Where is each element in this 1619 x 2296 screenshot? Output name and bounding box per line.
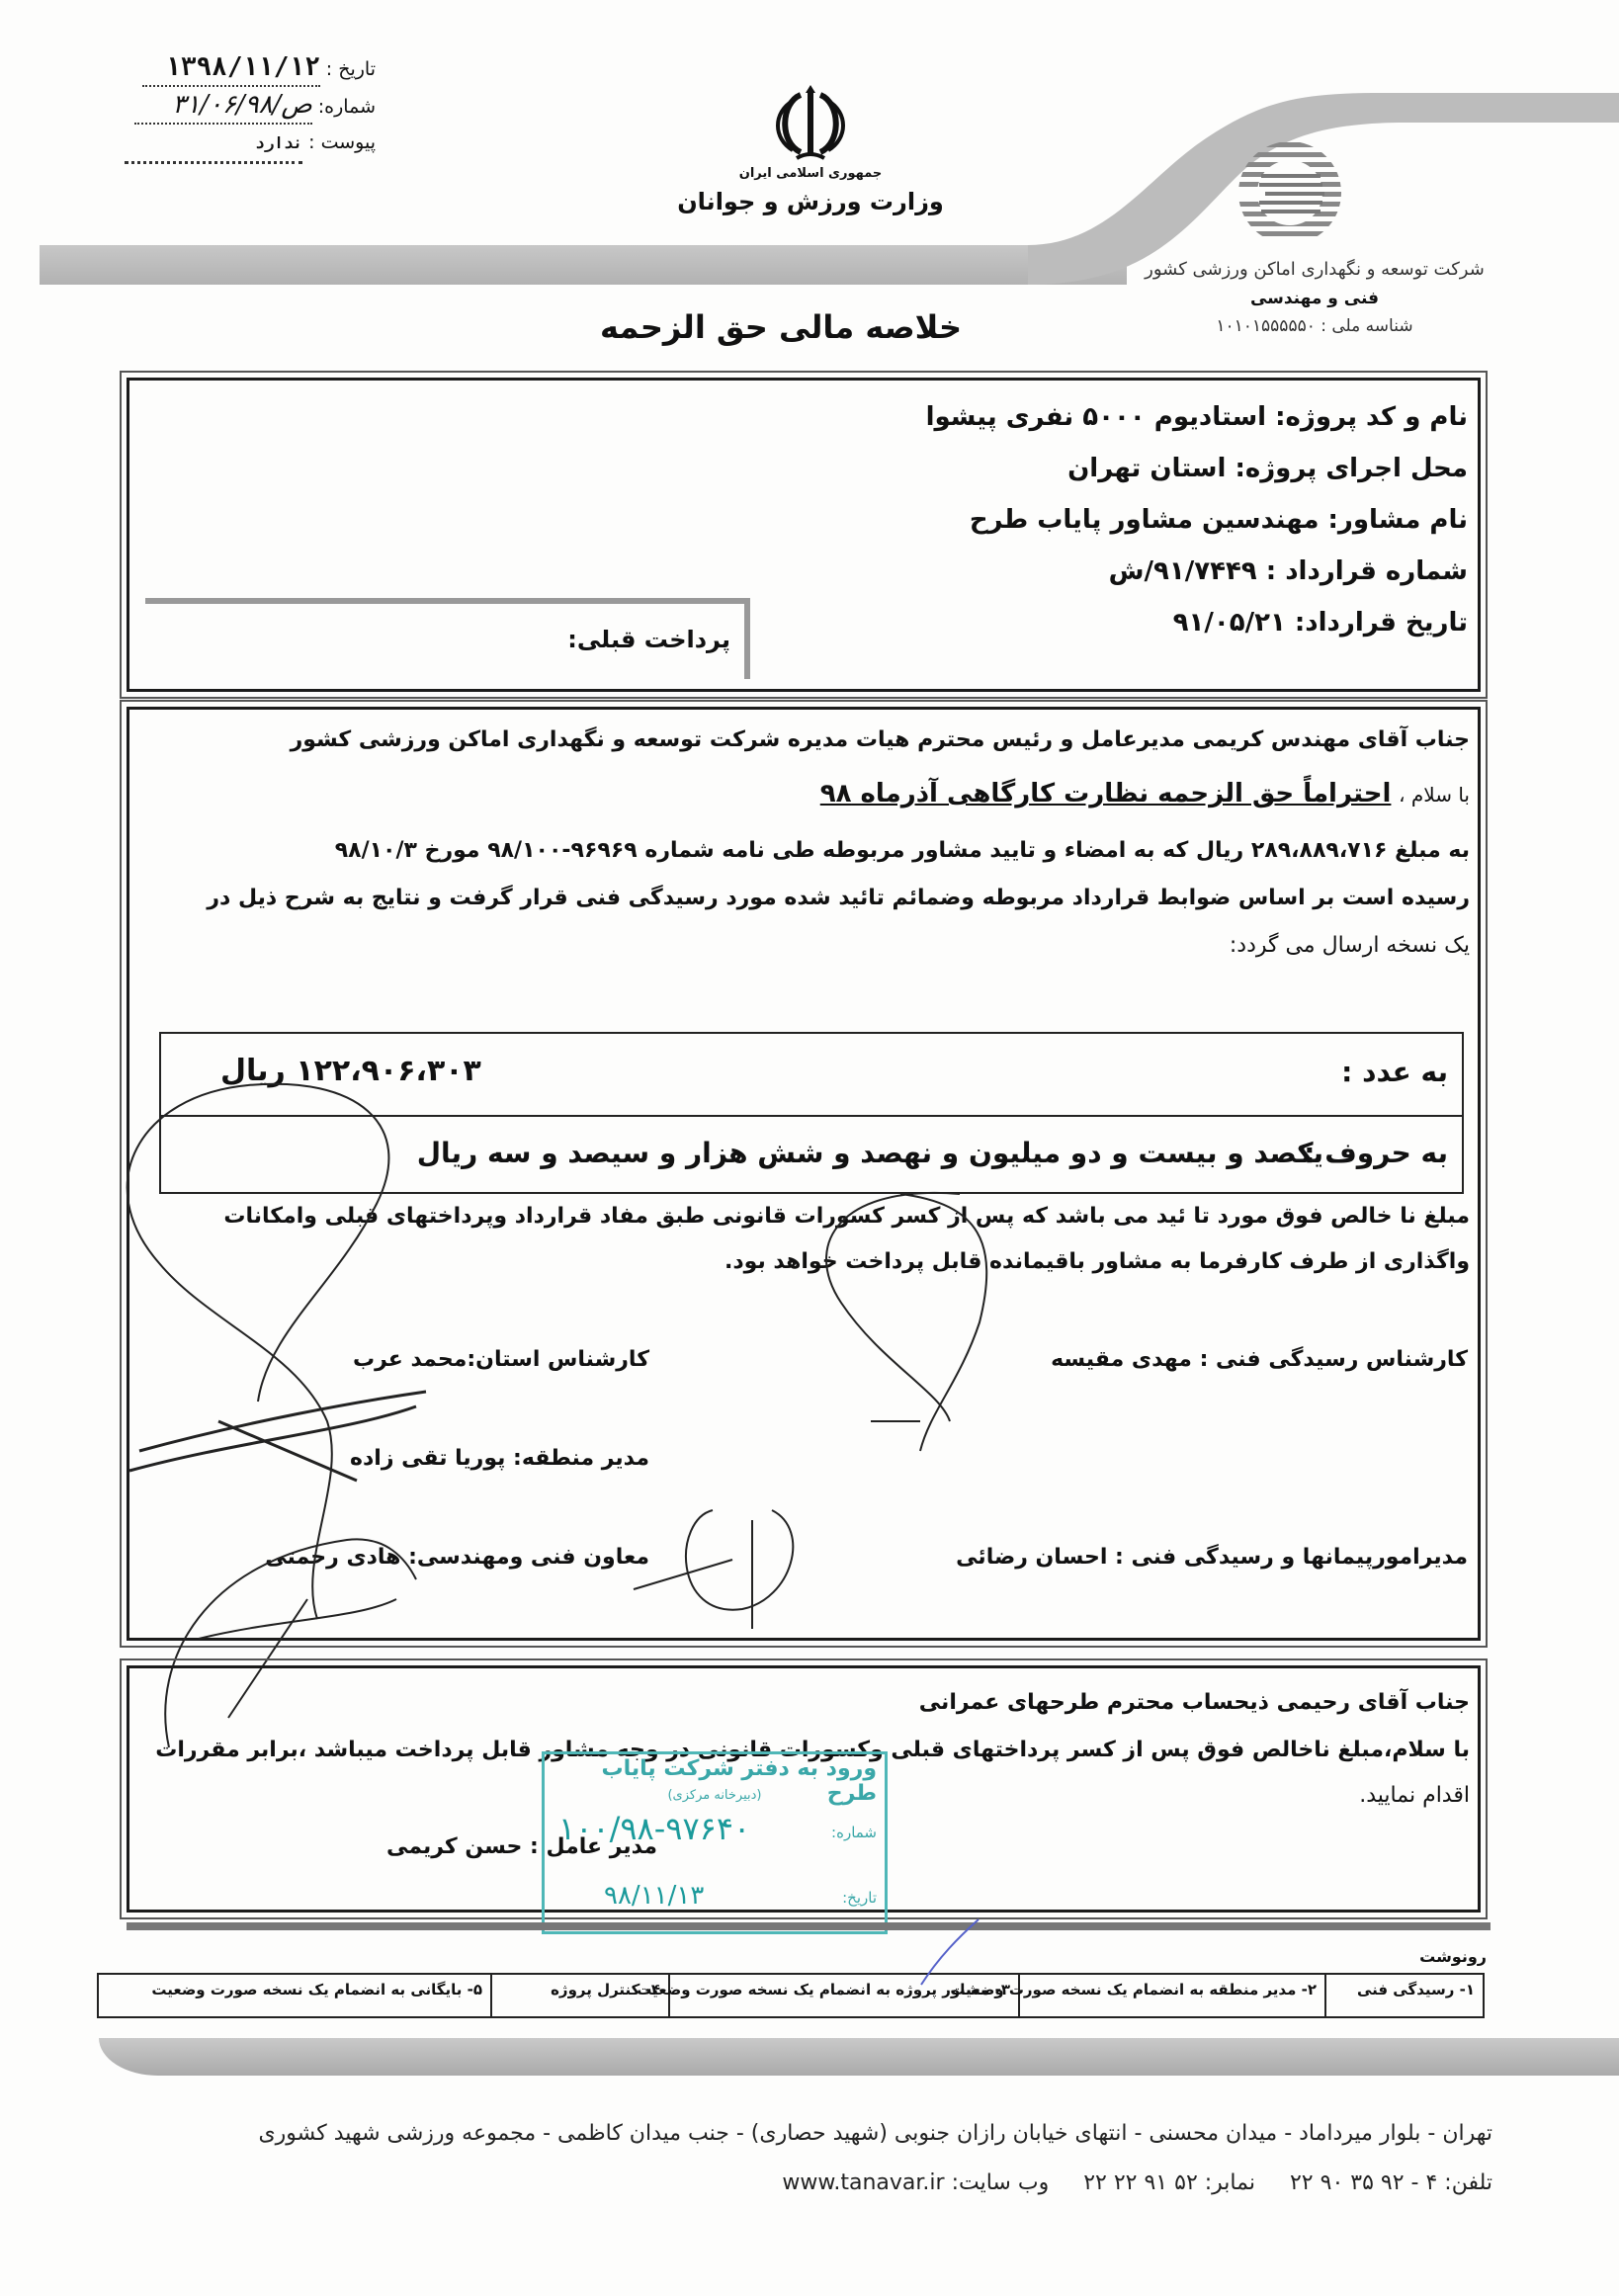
referral-body-line-2: اقدام نمایید. [1359,1783,1470,1808]
signature-contracts-manager: مدیرامورپیمانها و رسیدگی فنی : احسان رضا… [956,1545,1468,1570]
national-id: شناسه ملی : ۱۰۱۰۱۵۵۵۵۵۰ [1117,316,1512,336]
referral-addressee: جناب آقای رحیمی ذیحساب محترم طرحهای عمرا… [919,1690,1470,1715]
project-info-box: نام و کد پروژه: استادیوم ۵۰۰۰ نفری پیشوا… [127,378,1481,692]
section-divider [127,1922,1491,1930]
number-value: ۳۱/۰۶/۹۸/ص [134,87,312,125]
attachment-label: پیوست : [308,125,376,160]
cc-item: ۲- مدیر منطقه به انضمام یک نسخه صورت وضع… [1018,1975,1324,2016]
cc-label: رونوشت [1419,1947,1487,1966]
letter-body-line-3: یک نسخه ارسال می گردد: [1230,933,1470,958]
note-line-2: واگذاری از طرف کارفرما به مشاور باقیماند… [724,1249,1470,1274]
date-label: تاریخ : [326,51,376,87]
ministry-name: وزارت ورزش و جوانان [672,188,949,215]
stamp-number-label: شماره: [831,1824,877,1841]
footer-website[interactable]: وب سایت: www.tanavar.ir [782,2170,1049,2195]
pen-mark [909,1917,988,1987]
stamp-number-value: ۱۰۰/۹۸-۹۷۶۴۰ [558,1810,750,1847]
letter-subject: احتراماً حق الزحمه نظارت کارگاهی آذرماه … [820,779,1392,808]
amount-words-box: به حروف : یکصد و بیست و دو میلیون و نهصد… [159,1115,1464,1194]
signature-regional-manager: مدیر منطقه: پوریا تقی زاده [350,1446,649,1471]
handwritten-signature-3 [614,1500,871,1639]
footer-address: تهران - بلوار میرداماد - میدان محسنی - ا… [188,2121,1492,2146]
project-name: نام و کد پروژه: استادیوم ۵۰۰۰ نفری پیشوا [926,402,1468,432]
number-label: شماره: [318,89,376,125]
iran-emblem-icon [771,81,850,170]
consultant-name: نام مشاور: مهندسین مشاور پایاب طرح [970,505,1468,535]
signature-deputy-technical: معاون فنی ومهندسی: هادی رحمتی [265,1545,649,1570]
contract-date: تاریخ قرارداد: ۹۱/۰۵/۲۱ [1173,608,1468,638]
letter-subject-line: با سلام ، احتراماً حق الزحمه نظارت کارگا… [820,779,1470,808]
date-value: ۱۳۹۸/۱۱/۱۲ [142,49,320,87]
letter-body-line-1: به مبلغ ۲۸۹،۸۸۹،۷۱۶ ریال که به امضاء و ت… [335,838,1470,863]
stamp-date-label: تاریخ: [842,1889,877,1907]
ministry-subtitle: جمهوری اسلامی ایران [692,166,929,181]
attachment-value: ندارد [125,126,302,164]
previous-payment-label: پرداخت قبلی: [567,626,730,653]
letter-addressee: جناب آقای مهندس کریمی مدیرعامل و رئیس مح… [291,727,1470,752]
previous-payment-box: پرداخت قبلی: [145,598,750,679]
attachment-row: پیوست : ندارد [59,125,376,164]
cc-item: ۴- کنترل پروژه [490,1975,668,2016]
signature-technical-reviewer: کارشناس رسیدگی فنی : مهدی مقیسه [1051,1347,1468,1372]
company-name: شرکت توسعه و نگهداری اماکن ورزشی کشور [1117,259,1512,280]
project-location: محل اجرای پروژه: استان تهران [1067,454,1468,483]
cc-table: ۱- رسیدگی فنی ۲- مدیر منطقه به انضمام یک… [97,1973,1485,2018]
amount-words-label: به حروف : [1304,1137,1448,1169]
document-title: خلاصه مالی حق الزحمه [554,308,1008,346]
footer-contact: تلفن: ۴ - ۹۲ ۳۵ ۹۰ ۲۲ نمابر: ۵۲ ۹۱ ۲۲ ۲۲… [188,2170,1492,2195]
cc-item: ۵- بایگانی به انضمام یک نسخه صورت وضعیت [99,1975,490,2016]
cc-item: ۱- رسیدگی فنی [1324,1975,1483,2016]
number-row: شماره: ۳۱/۰۶/۹۸/ص [59,87,376,125]
contract-number: شماره قرارداد : ۹۱/۷۴۴۹/ش [1109,556,1468,586]
header-band [40,245,1127,285]
amount-words-value: یکصد و بیست و دو میلیون و نهصد و شش هزار… [417,1137,1323,1169]
letter-meta: تاریخ : ۱۳۹۸/۱۱/۱۲ شماره: ۳۱/۰۶/۹۸/ص پیو… [59,49,376,164]
amount-numeric-label: به عدد : [1341,1056,1448,1088]
letter-box: جناب آقای مهندس کریمی مدیرعامل و رئیس مح… [127,707,1481,1641]
footer-fax: نمابر: ۵۲ ۹۱ ۲۲ ۲۲ [1083,2170,1255,2195]
note-line-1: مبلغ نا خالص فوق مورد تا ئید می باشد که … [223,1204,1470,1229]
amount-numeric-value: ۱۲۲،۹۰۶،۳۰۳ ریال [220,1054,481,1088]
signature-province-expert: کارشناس استان:محمد عرب [353,1347,649,1372]
footer-phone: تلفن: ۴ - ۹۲ ۳۵ ۹۰ ۲۲ [1290,2170,1492,2195]
incoming-stamp: ورود به دفتر شرکت پایاب طرح (دبیرخانه مر… [542,1751,888,1934]
amount-numeric-box: به عدد : ۱۲۲،۹۰۶،۳۰۳ ریال [159,1032,1464,1117]
footer-band [99,2038,1619,2076]
letter-body-line-2: رسیده است بر اساس ضوابط قرارداد مربوطه و… [207,886,1470,910]
stamp-date-value: ۹۸/۱۱/۱۳ [604,1881,704,1911]
company-department: فنی و مهندسی [1117,289,1512,308]
date-row: تاریخ : ۱۳۹۸/۱۱/۱۲ [59,49,376,87]
greeting: با سلام ، [1399,783,1470,807]
stamp-subtitle: (دبیرخانه مرکزی) [545,1788,885,1803]
company-logo-icon [1236,138,1344,247]
